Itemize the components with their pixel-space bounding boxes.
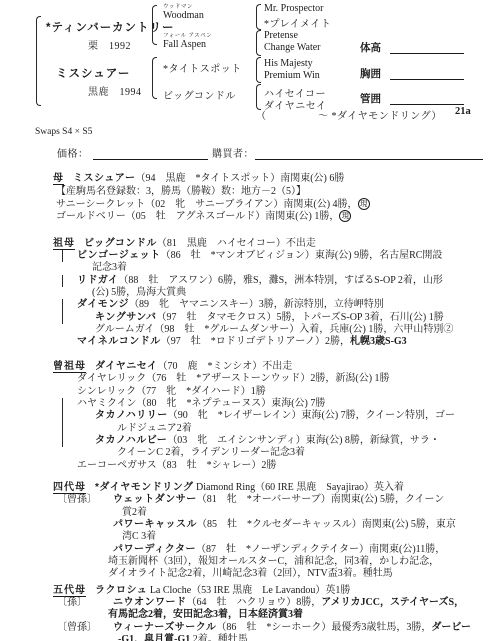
pedigree-row: クイーンC 2着，ライデンリーダー記念3着 <box>0 435 500 447</box>
pedigree-row: サニーシークレット（02 牝 サニーブライアン）南関東(公) 4勝，現 <box>0 186 500 198</box>
pedigree-row: パワーキャッスル（85 牡 *クルセダーキャッスル）南関東(公) 5勝，東京 <box>0 507 500 519</box>
ancestor-name: ビッグコンドル <box>163 87 236 102</box>
girth-label: 胸囲 <box>360 66 381 81</box>
height-label: 体高 <box>360 40 381 55</box>
pedigree-row: グルームガイ（98 牡 *グルームダンサー）入着，兵庫(公) 1勝，六甲山特別② <box>0 312 500 324</box>
sire-name: *ティンバーカントリー <box>46 19 175 35</box>
pedigree-row: 〔孫〕ニウオンワード（64 牡 ハクリョウ）8勝，アメリカJCC，ステイヤーズS… <box>0 585 500 597</box>
ancestor-ruby: フォール アスペン <box>163 31 212 39</box>
pedigree-brace <box>36 16 41 106</box>
pedigree-row: 有馬記念2着，安田記念3着，日本経済賞3着 <box>0 597 500 609</box>
pedigree-row: ダイモンジ（89 牝 ヤマニンスキー）3勝，新涼特別，立待岬特別 <box>0 287 500 299</box>
ancestor-name: Mr. Prospector <box>264 3 323 14</box>
pedigree-row: シンレリック（77 牝 *ダイハード）1勝 <box>0 373 500 385</box>
ancestor-ruby: ウッドマン <box>163 2 193 10</box>
pedigree-brace <box>152 57 157 99</box>
pedigree-row: 曾祖母ダイヤニセイ（70 鹿 *ミンシオ）不出走 <box>0 348 500 360</box>
pedigree-row: ダイオライト記念2着，川崎記念3着（2回），NTV盃3着。種牡馬 <box>0 556 500 568</box>
buyer-label: 購買者： <box>212 145 254 160</box>
graded-race: -G1，皐月賞-G1 <box>118 634 190 641</box>
pedigree-row: 祖母ビッグコンドル（81 黒鹿 ハイセイコー）不出走 <box>0 225 500 237</box>
height-blank-line <box>390 52 464 54</box>
ancestor-name: Woodman <box>163 10 204 21</box>
pedigree-row: ルドジュニア2着 <box>0 410 500 422</box>
pedigree-row: 湾C 3着 <box>0 519 500 531</box>
pedigree-row: ビンゴージェット（86 牡 *マンオブビィジョン）東海(公) 9勝，名古屋RC開… <box>0 238 500 250</box>
pedigree-row: 埼玉新聞杯（3回），報知オールスターC，浦和記念，同3着，かしわ記念， <box>0 544 500 556</box>
sire-coat-year: 栗 1992 <box>88 37 131 52</box>
family-line: ～ *ダイヤモンドリング） <box>318 107 442 122</box>
section-fifth-dam: 五代母ラクロシュ La Cloche（53 IRE 黒鹿 Le Lavandou… <box>0 572 500 634</box>
buyer-blank-line <box>255 158 483 160</box>
inbreeding-note: Swaps S4 × S5 <box>35 127 92 137</box>
section-fourth-dam: 四代母*ダイヤモンドリング Diamond Ring（60 IRE 黒鹿 Say… <box>0 470 500 569</box>
pedigree-row: キングサンバ（97 牡 タマモクロス）5勝，トパーズS-OP 3着，石川(公) … <box>0 299 500 311</box>
pedigree-row: エーコーペガサス（83 牡 *シャレー）2勝 <box>0 447 500 459</box>
pedigree-row: タカノハルビー（03 牝 エイシンサンディ）東海(公) 8勝，新緑賞，サラ・ <box>0 423 500 435</box>
pedigree-row: 〔曾孫〕ウィーナーズサークル（86 牡 *シーホーク）最優秀3歳牡馬，3勝，ダー… <box>0 609 500 621</box>
pedigree-row: 〔曾孫〕ウェットダンサー（81 牝 *オーバーサーブ）南関東(公) 5勝，クイー… <box>0 482 500 494</box>
cannon-blank-line <box>390 103 464 105</box>
active-mark: 現 <box>339 210 351 222</box>
horse-name: マイネルコンドル <box>77 336 161 347</box>
pedigree-row: 四代母*ダイヤモンドリング Diamond Ring（60 IRE 黒鹿 Say… <box>0 470 500 482</box>
cannon-label: 管囲 <box>360 91 381 106</box>
ancestor-name: *プレイメイト <box>264 15 331 30</box>
ancestor-name: His Majesty <box>264 58 313 69</box>
ancestor-name: *タイトスポット <box>163 60 242 75</box>
ancestor-name: Change Water <box>264 42 321 53</box>
pedigree-row: ゴールドベリー（05 牡 アグネスゴールド）南関東(公) 1勝，現 <box>0 198 500 210</box>
pedigree-brace <box>256 4 261 30</box>
price-label: 価格： <box>57 145 89 160</box>
family-line-open: （ <box>256 107 267 122</box>
race-record: 2着。種牡馬 <box>190 634 248 641</box>
graded-race: 札幌3歳S-G3 <box>350 336 407 347</box>
pedigree-row: ハヤミクイン（80 牝 *ネプテューヌス）東海(公) 7勝 <box>0 386 500 398</box>
pedigree-row: -G1，皐月賞-G1 2着。種牡馬 <box>0 622 500 634</box>
pedigree-row: 五代母ラクロシュ La Cloche（53 IRE 黒鹿 Le Lavandou… <box>0 572 500 584</box>
pedigree-row: 母ミスシュアー（94 黒鹿 *タイトスポット）南関東(公) 6勝 <box>0 161 500 173</box>
dam-name: ミスシュアー <box>56 65 130 81</box>
pedigree-row: タカノハリリー（90 牝 *レイザーレイン）東海(公) 7勝，クイーン特別，ゴー <box>0 398 500 410</box>
section-great-granddam: 曾祖母ダイヤニセイ（70 鹿 *ミンシオ）不出走 ダイヤレリック（76 牡 *ア… <box>0 348 500 459</box>
dam-coat-year: 黒鹿 1994 <box>88 83 142 98</box>
section-granddam: 祖母ビッグコンドル（81 黒鹿 ハイセイコー）不出走 ビンゴージェット（86 牡… <box>0 225 500 336</box>
pedigree-brace <box>256 30 261 56</box>
pedigree-text: 母ミスシュアー（94 黒鹿 *タイトスポット）南関東(公) 6勝 【産駒馬名登録… <box>0 161 500 634</box>
race-record: （97 牡 *ロドリゴデトリアーノ）2勝， <box>161 336 350 347</box>
section-dam: 母ミスシュアー（94 黒鹿 *タイトスポット）南関東(公) 6勝 【産駒馬名登録… <box>0 161 500 210</box>
price-blank-line <box>93 158 208 160</box>
family-number: 21a <box>455 106 471 117</box>
pedigree-row: パワーディクター（87 牡 *ノーザンディクテイター）南関東(公)11勝， <box>0 531 500 543</box>
pedigree-row: 記念3着 <box>0 250 500 262</box>
catalog-page: *ティンバーカントリー 栗 1992 ミスシュアー 黒鹿 1994 ウッドマン … <box>0 0 500 641</box>
girth-blank-line <box>390 78 464 80</box>
ancestor-name: Premium Win <box>264 70 320 81</box>
pedigree-row: ダイヤレリック（76 牡 *アザーストーンウッド）2勝，新潟(公) 1勝 <box>0 361 500 373</box>
ancestor-name: Fall Aspen <box>163 39 206 50</box>
produce-record-note: 【産駒馬名登録数：3，勝馬（勝鞍）数：地方－2（5）】 <box>0 173 500 185</box>
pedigree-row: マイネルコンドル（97 牡 *ロドリゴデトリアーノ）2勝，札幌3歳S-G3 <box>0 324 500 336</box>
pedigree-brace <box>256 57 261 83</box>
pedigree-row: 賞2着 <box>0 494 500 506</box>
pedigree-row: (公) 5勝，鳥海大賞典 <box>0 275 500 287</box>
pedigree-row: リドガイ（88 牡 アスワン）6勝，雅S，灘S，洲本特別，すばるS-OP 2着，… <box>0 262 500 274</box>
ancestor-name: Pretense <box>264 30 298 41</box>
race-record: ゴールドベリー（05 牡 アグネスゴールド）南関東(公) 1勝， <box>56 211 339 222</box>
